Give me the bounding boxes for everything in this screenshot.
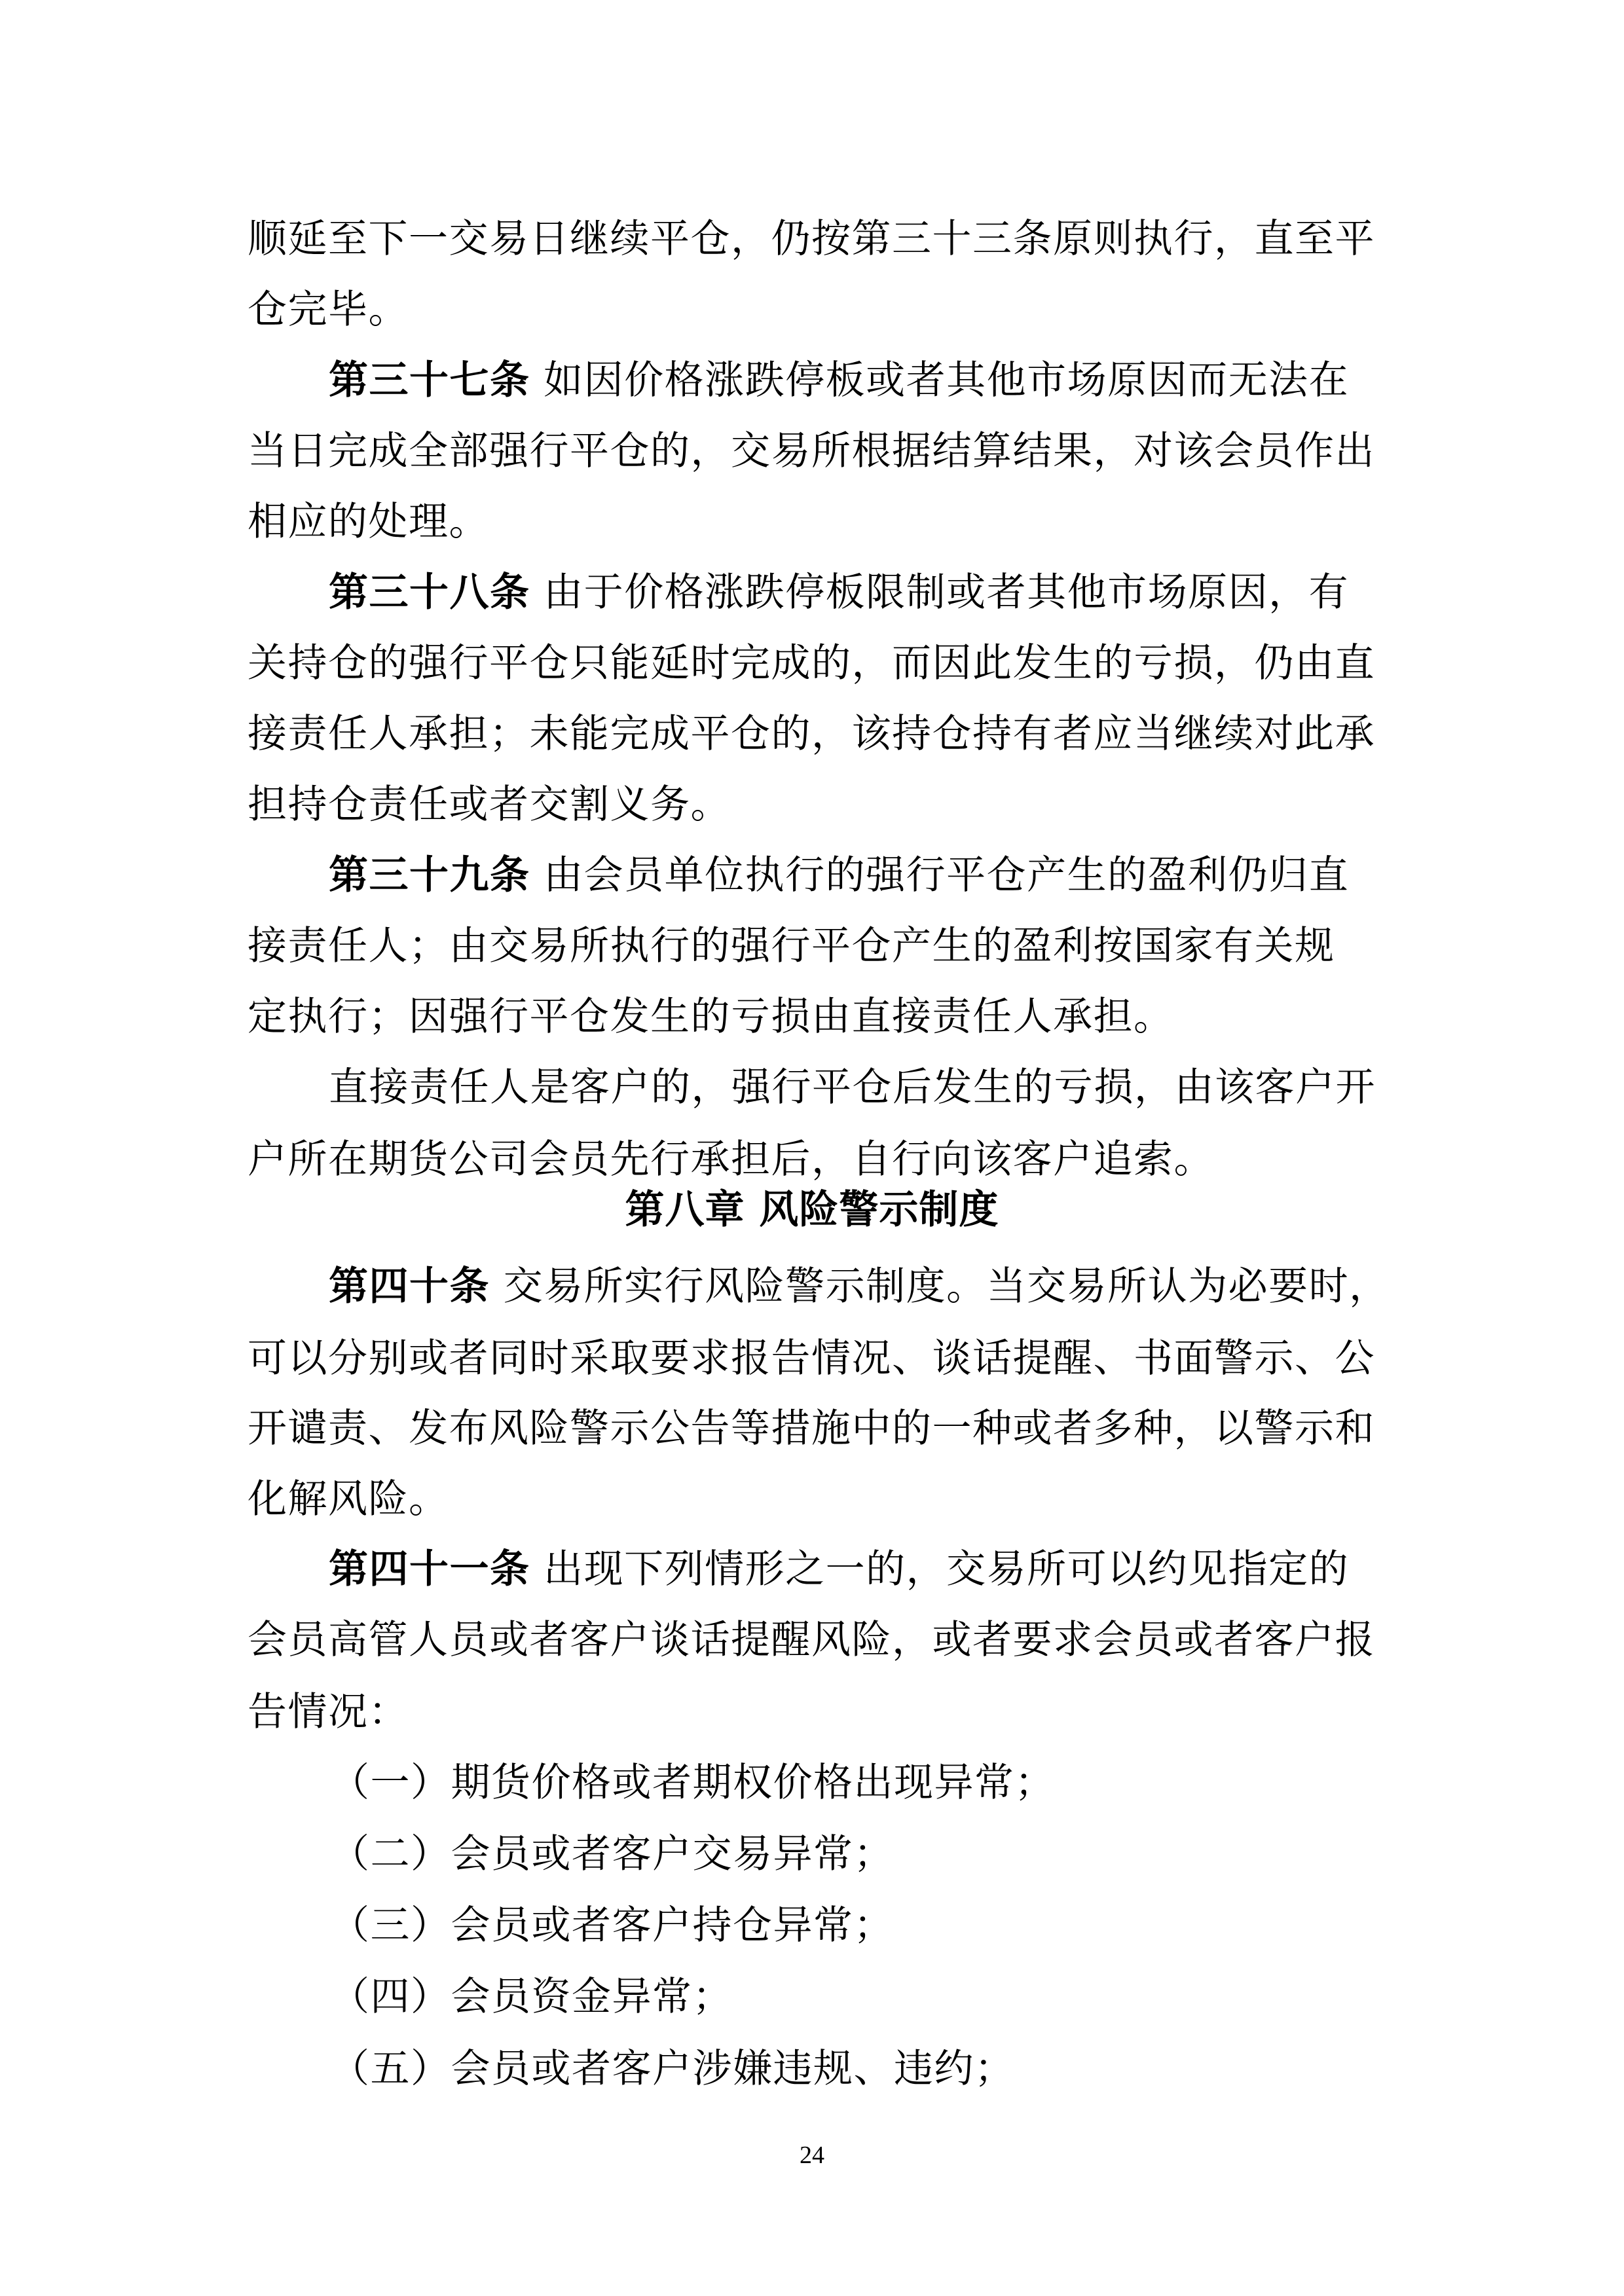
article-label: 第四十一条 xyxy=(329,1546,530,1592)
article-label: 第三十九条 xyxy=(329,852,530,898)
paragraph-line: 直接责任人是客户的，强行平仓后发生的亏损，由该客户开 xyxy=(329,1065,1468,1110)
paragraph-line: 顺延至下一交易日继续平仓，仍按第三十三条原则执行，直至平 xyxy=(248,216,1387,262)
article-37-first-line: 第三十七条 如因价格涨跌停板或者其他市场原因而无法在 xyxy=(329,357,1468,403)
document-page: 顺延至下一交易日继续平仓，仍按第三十三条原则执行，直至平 仓完毕。 第三十七条 … xyxy=(0,0,1624,2296)
line-text: 交易所实行风险警示制度。当交易所认为必要时， xyxy=(490,1264,1390,1309)
line-text: 会员高管人员或者客户谈话提醒风险，或者要求会员或者客户报 xyxy=(248,1617,1375,1663)
line-text: 户所在期货公司会员先行承担后，自行向该客户追索。 xyxy=(248,1137,1214,1182)
list-item: （五）会员或者客户涉嫌违规、违约； xyxy=(330,2046,1469,2092)
article-label: 第三十七条 xyxy=(329,357,530,403)
paragraph-line: 关持仓的强行平仓只能延时完成的，而因此发生的亏损，仍由直 xyxy=(248,640,1387,686)
article-label: 第四十条 xyxy=(329,1264,490,1309)
line-text: 接责任人；由交易所执行的强行平仓产生的盈利按国家有关规 xyxy=(248,923,1335,969)
article-41-first-line: 第四十一条 出现下列情形之一的，交易所可以约见指定的 xyxy=(329,1546,1468,1592)
article-label: 第三十八条 xyxy=(329,570,530,615)
paragraph-line: 相应的处理。 xyxy=(248,499,1387,545)
paragraph-line: 开谴责、发布风险警示公告等措施中的一种或者多种，以警示和 xyxy=(248,1406,1387,1451)
list-item: （四）会员资金异常； xyxy=(330,1974,1469,2020)
line-text: 担持仓责任或者交割义务。 xyxy=(248,782,731,828)
article-40-first-line: 第四十条 交易所实行风险警示制度。当交易所认为必要时， xyxy=(329,1264,1468,1309)
line-text: 仓完毕。 xyxy=(248,287,409,333)
list-item: （二）会员或者客户交易异常； xyxy=(330,1831,1469,1877)
line-text: 关持仓的强行平仓只能延时完成的，而因此发生的亏损，仍由直 xyxy=(248,640,1375,686)
line-text: 接责任人承担；未能完成平仓的，该持仓持有者应当继续对此承 xyxy=(248,711,1375,757)
paragraph-line: 担持仓责任或者交割义务。 xyxy=(248,782,1387,828)
list-item: （一）期货价格或者期权价格出现异常； xyxy=(330,1760,1469,1806)
line-text: 如因价格涨跌停板或者其他市场原因而无法在 xyxy=(530,357,1350,403)
line-text: 可以分别或者同时采取要求报告情况、谈话提醒、书面警示、公 xyxy=(248,1336,1375,1381)
paragraph-line: 仓完毕。 xyxy=(248,287,1387,333)
paragraph-line: 接责任人承担；未能完成平仓的，该持仓持有者应当继续对此承 xyxy=(248,711,1387,757)
paragraph-line: 户所在期货公司会员先行承担后，自行向该客户追索。 xyxy=(248,1137,1387,1182)
list-item: （三）会员或者客户持仓异常； xyxy=(330,1903,1469,1948)
line-text: 直接责任人是客户的，强行平仓后发生的亏损，由该客户开 xyxy=(329,1065,1376,1110)
page-number: 24 xyxy=(0,2141,1624,2170)
line-text: 定执行；因强行平仓发生的亏损由直接责任人承担。 xyxy=(248,994,1174,1040)
line-text: 开谴责、发布风险警示公告等措施中的一种或者多种，以警示和 xyxy=(248,1406,1375,1451)
line-text: 化解风险。 xyxy=(248,1476,449,1522)
paragraph-line: 当日完成全部强行平仓的，交易所根据结算结果，对该会员作出 xyxy=(248,428,1387,474)
paragraph-line: 告情况： xyxy=(248,1689,1387,1735)
line-text: 当日完成全部强行平仓的，交易所根据结算结果，对该会员作出 xyxy=(248,428,1375,474)
paragraph-line: 会员高管人员或者客户谈话提醒风险，或者要求会员或者客户报 xyxy=(248,1617,1387,1663)
article-39-first-line: 第三十九条 由会员单位执行的强行平仓产生的盈利仍归直 xyxy=(329,852,1468,898)
paragraph-line: 接责任人；由交易所执行的强行平仓产生的盈利按国家有关规 xyxy=(248,923,1387,969)
paragraph-line: 定执行；因强行平仓发生的亏损由直接责任人承担。 xyxy=(248,994,1387,1040)
chapter-heading: 第八章 风险警示制度 xyxy=(0,1187,1624,1233)
line-text: 出现下列情形之一的，交易所可以约见指定的 xyxy=(530,1546,1350,1592)
article-38-first-line: 第三十八条 由于价格涨跌停板限制或者其他市场原因，有 xyxy=(329,570,1468,615)
line-text: 顺延至下一交易日继续平仓，仍按第三十三条原则执行，直至平 xyxy=(248,216,1375,262)
paragraph-line: 化解风险。 xyxy=(248,1476,1387,1522)
line-text: 由会员单位执行的强行平仓产生的盈利仍归直 xyxy=(530,852,1350,898)
line-text: 告情况： xyxy=(248,1689,409,1735)
paragraph-line: 可以分别或者同时采取要求报告情况、谈话提醒、书面警示、公 xyxy=(248,1336,1387,1381)
line-text: 相应的处理。 xyxy=(248,499,489,545)
line-text: 由于价格涨跌停板限制或者其他市场原因，有 xyxy=(530,570,1350,615)
